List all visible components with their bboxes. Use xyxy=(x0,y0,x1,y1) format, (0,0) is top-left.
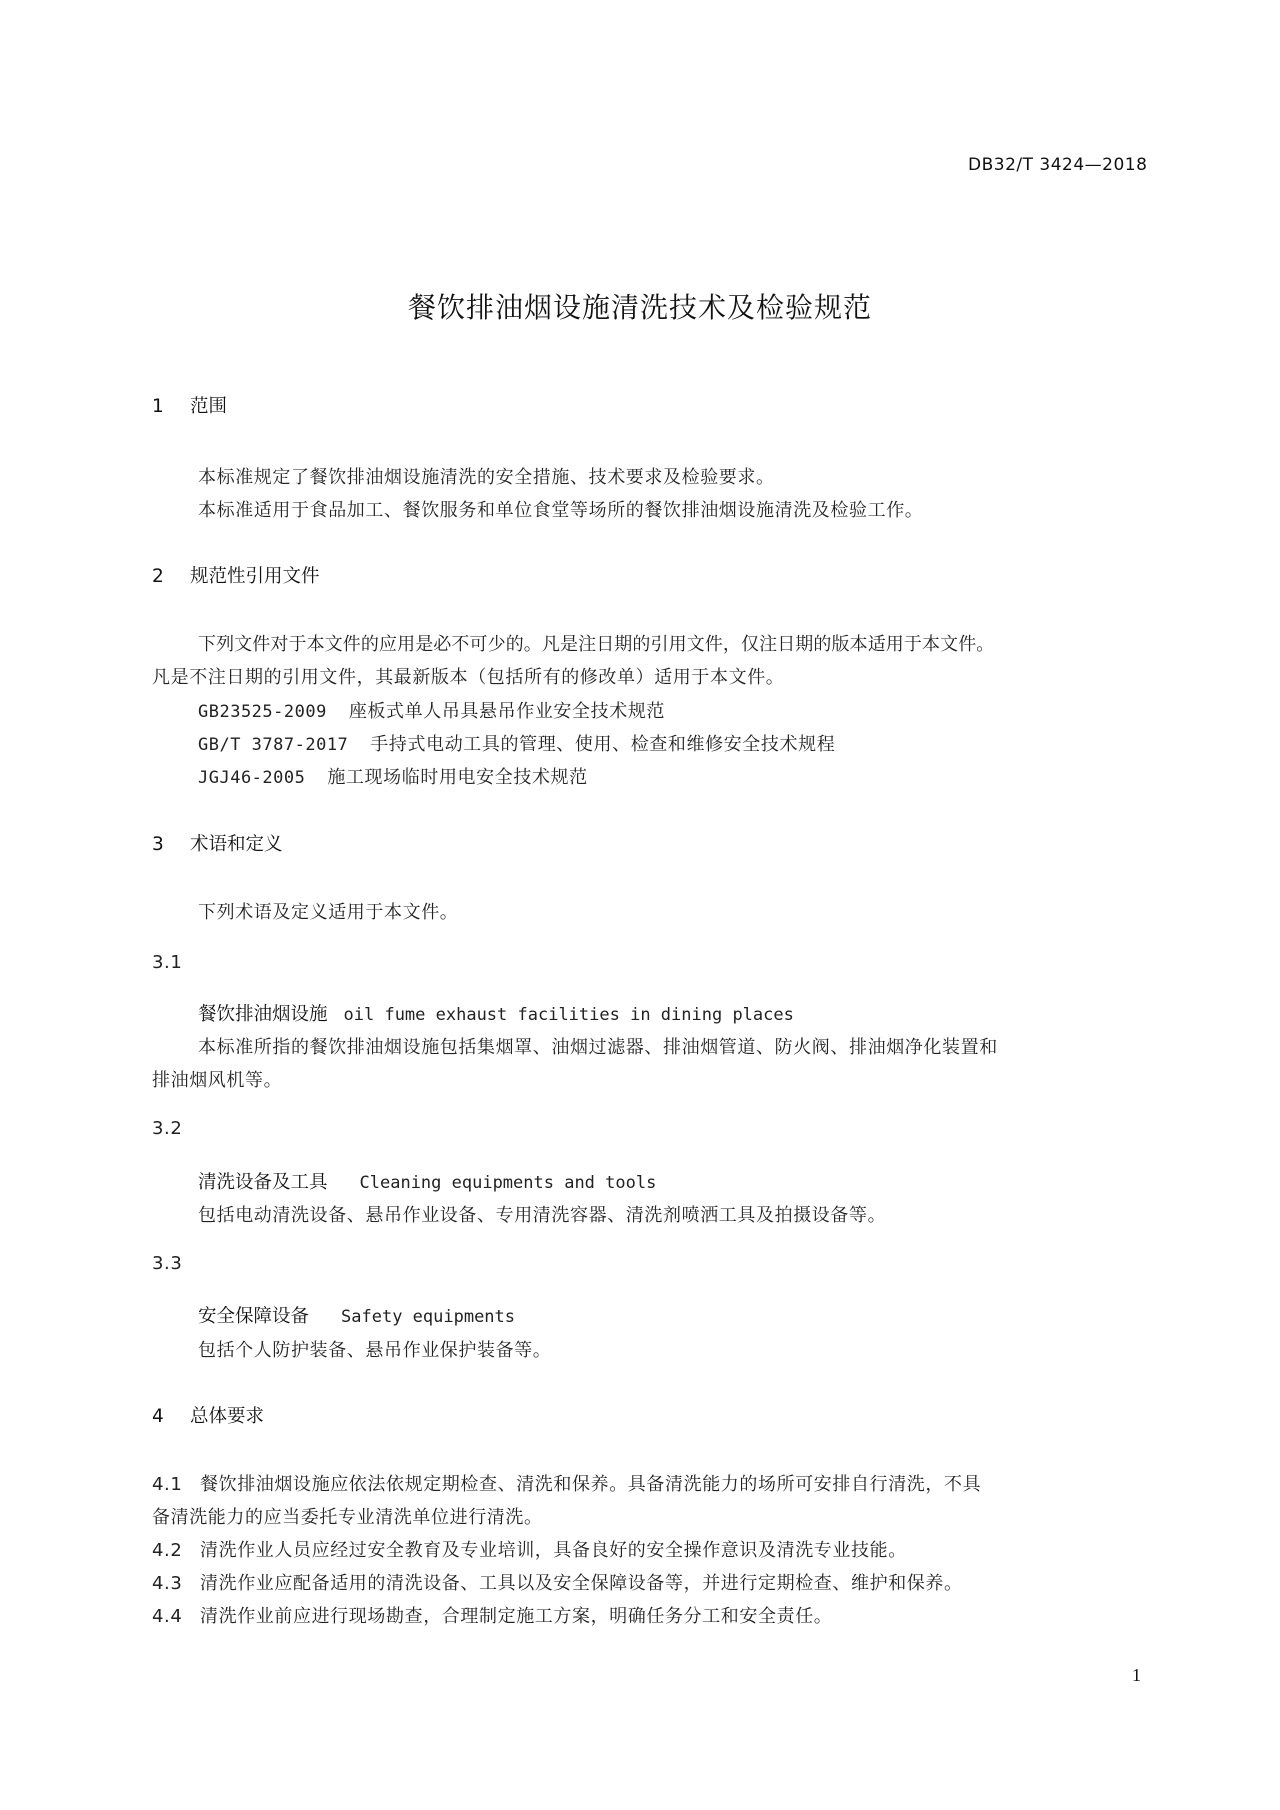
section-title: 规范性引用文件 xyxy=(190,566,320,587)
clause-number: 4.3 xyxy=(152,1573,200,1594)
section-number: 1 xyxy=(152,396,190,417)
clause-text: 清洗作业前应进行现场勘查，合理制定施工方案，明确任务分工和安全责任。 xyxy=(200,1606,832,1627)
term-number: 3.3 xyxy=(152,1253,182,1274)
clause-text-continued: 备清洗能力的应当委托专业清洗单位进行清洗。 xyxy=(152,1503,543,1529)
section-4-heading: 4总体要求 xyxy=(152,1402,264,1428)
paragraph: 凡是不注日期的引用文件，其最新版本（包括所有的修改单）适用于本文件。 xyxy=(152,663,784,689)
term-definition: 本标准所指的餐饮排油烟设施包括集烟罩、油烟过滤器、排油烟管道、防火阀、排油烟净化… xyxy=(198,1033,998,1059)
term-en: oil fume exhaust facilities in dining pl… xyxy=(344,1005,794,1025)
term-number: 3.1 xyxy=(152,952,182,973)
clause-4-2: 4.2清洗作业人员应经过安全教育及专业培训，具备良好的安全操作意识及清洗专业技能… xyxy=(152,1536,907,1562)
page-number: 1 xyxy=(1132,1665,1141,1686)
clause-4-3: 4.3清洗作业应配备适用的清洗设备、工具以及安全保障设备等，并进行定期检查、维护… xyxy=(152,1569,963,1595)
paragraph: 下列术语及定义适用于本文件。 xyxy=(198,898,458,924)
reference-code: JGJ46-2005 xyxy=(198,768,305,788)
reference-code: GB/T 3787-2017 xyxy=(198,735,348,755)
reference-item: GB23525-2009座板式单人吊具悬吊作业安全技术规范 xyxy=(198,697,665,723)
reference-code: GB23525-2009 xyxy=(198,702,327,722)
reference-title: 座板式单人吊具悬吊作业安全技术规范 xyxy=(349,701,665,722)
reference-item: JGJ46-2005施工现场临时用电安全技术规范 xyxy=(198,763,588,789)
term-en: Cleaning equipments and tools xyxy=(360,1173,657,1193)
paragraph: 下列文件对于本文件的应用是必不可少的。凡是注日期的引用文件，仅注日期的版本适用于… xyxy=(198,630,994,656)
reference-item: GB/T 3787-2017手持式电动工具的管理、使用、检查和维修安全技术规程 xyxy=(198,730,835,756)
section-2-heading: 2规范性引用文件 xyxy=(152,562,320,588)
term-title: 清洗设备及工具Cleaning equipments and tools xyxy=(198,1168,656,1194)
term-en: Safety equipments xyxy=(341,1307,515,1327)
clause-number: 4.4 xyxy=(152,1606,200,1627)
section-number: 3 xyxy=(152,834,190,855)
section-title: 术语和定义 xyxy=(190,834,283,855)
clause-text: 餐饮排油烟设施应依法依规定期检查、清洗和保养。具备清洗能力的场所可安排自行清洗，… xyxy=(200,1474,981,1495)
section-number: 2 xyxy=(152,566,190,587)
clause-4-1: 4.1餐饮排油烟设施应依法依规定期检查、清洗和保养。具备清洗能力的场所可安排自行… xyxy=(152,1470,981,1496)
term-title: 餐饮排油烟设施oil fume exhaust facilities in di… xyxy=(198,1000,794,1026)
term-title: 安全保障设备Safety equipments xyxy=(198,1302,515,1328)
term-cn: 清洗设备及工具 xyxy=(198,1172,328,1193)
term-definition: 包括个人防护装备、悬吊作业保护装备等。 xyxy=(198,1336,551,1362)
paragraph: 本标准规定了餐饮排油烟设施清洗的安全措施、技术要求及检验要求。 xyxy=(198,463,775,489)
term-cn: 安全保障设备 xyxy=(198,1306,309,1327)
document-title: 餐饮排油烟设施清洗技术及检验规范 xyxy=(0,286,1280,326)
section-title: 范围 xyxy=(190,396,227,417)
clause-text: 清洗作业应配备适用的清洗设备、工具以及安全保障设备等，并进行定期检查、维护和保养… xyxy=(200,1573,963,1594)
clause-text: 清洗作业人员应经过安全教育及专业培训，具备良好的安全操作意识及清洗专业技能。 xyxy=(200,1540,907,1561)
section-1-heading: 1范围 xyxy=(152,392,227,418)
term-number: 3.2 xyxy=(152,1118,182,1139)
clause-number: 4.2 xyxy=(152,1540,200,1561)
clause-number: 4.1 xyxy=(152,1474,200,1495)
clause-4-4: 4.4清洗作业前应进行现场勘查，合理制定施工方案，明确任务分工和安全责任。 xyxy=(152,1602,832,1628)
reference-title: 手持式电动工具的管理、使用、检查和维修安全技术规程 xyxy=(370,734,835,755)
paragraph: 本标准适用于食品加工、餐饮服务和单位食堂等场所的餐饮排油烟设施清洗及检验工作。 xyxy=(198,496,923,522)
section-title: 总体要求 xyxy=(190,1406,264,1427)
section-3-heading: 3术语和定义 xyxy=(152,830,283,856)
standard-code: DB32/T 3424—2018 xyxy=(968,155,1147,175)
term-definition: 排油烟风机等。 xyxy=(152,1066,282,1092)
term-cn: 餐饮排油烟设施 xyxy=(198,1004,328,1025)
term-definition: 包括电动清洗设备、悬吊作业设备、专用清洗容器、清洗剂喷洒工具及拍摄设备等。 xyxy=(198,1201,886,1227)
reference-title: 施工现场临时用电安全技术规范 xyxy=(327,767,587,788)
section-number: 4 xyxy=(152,1406,190,1427)
